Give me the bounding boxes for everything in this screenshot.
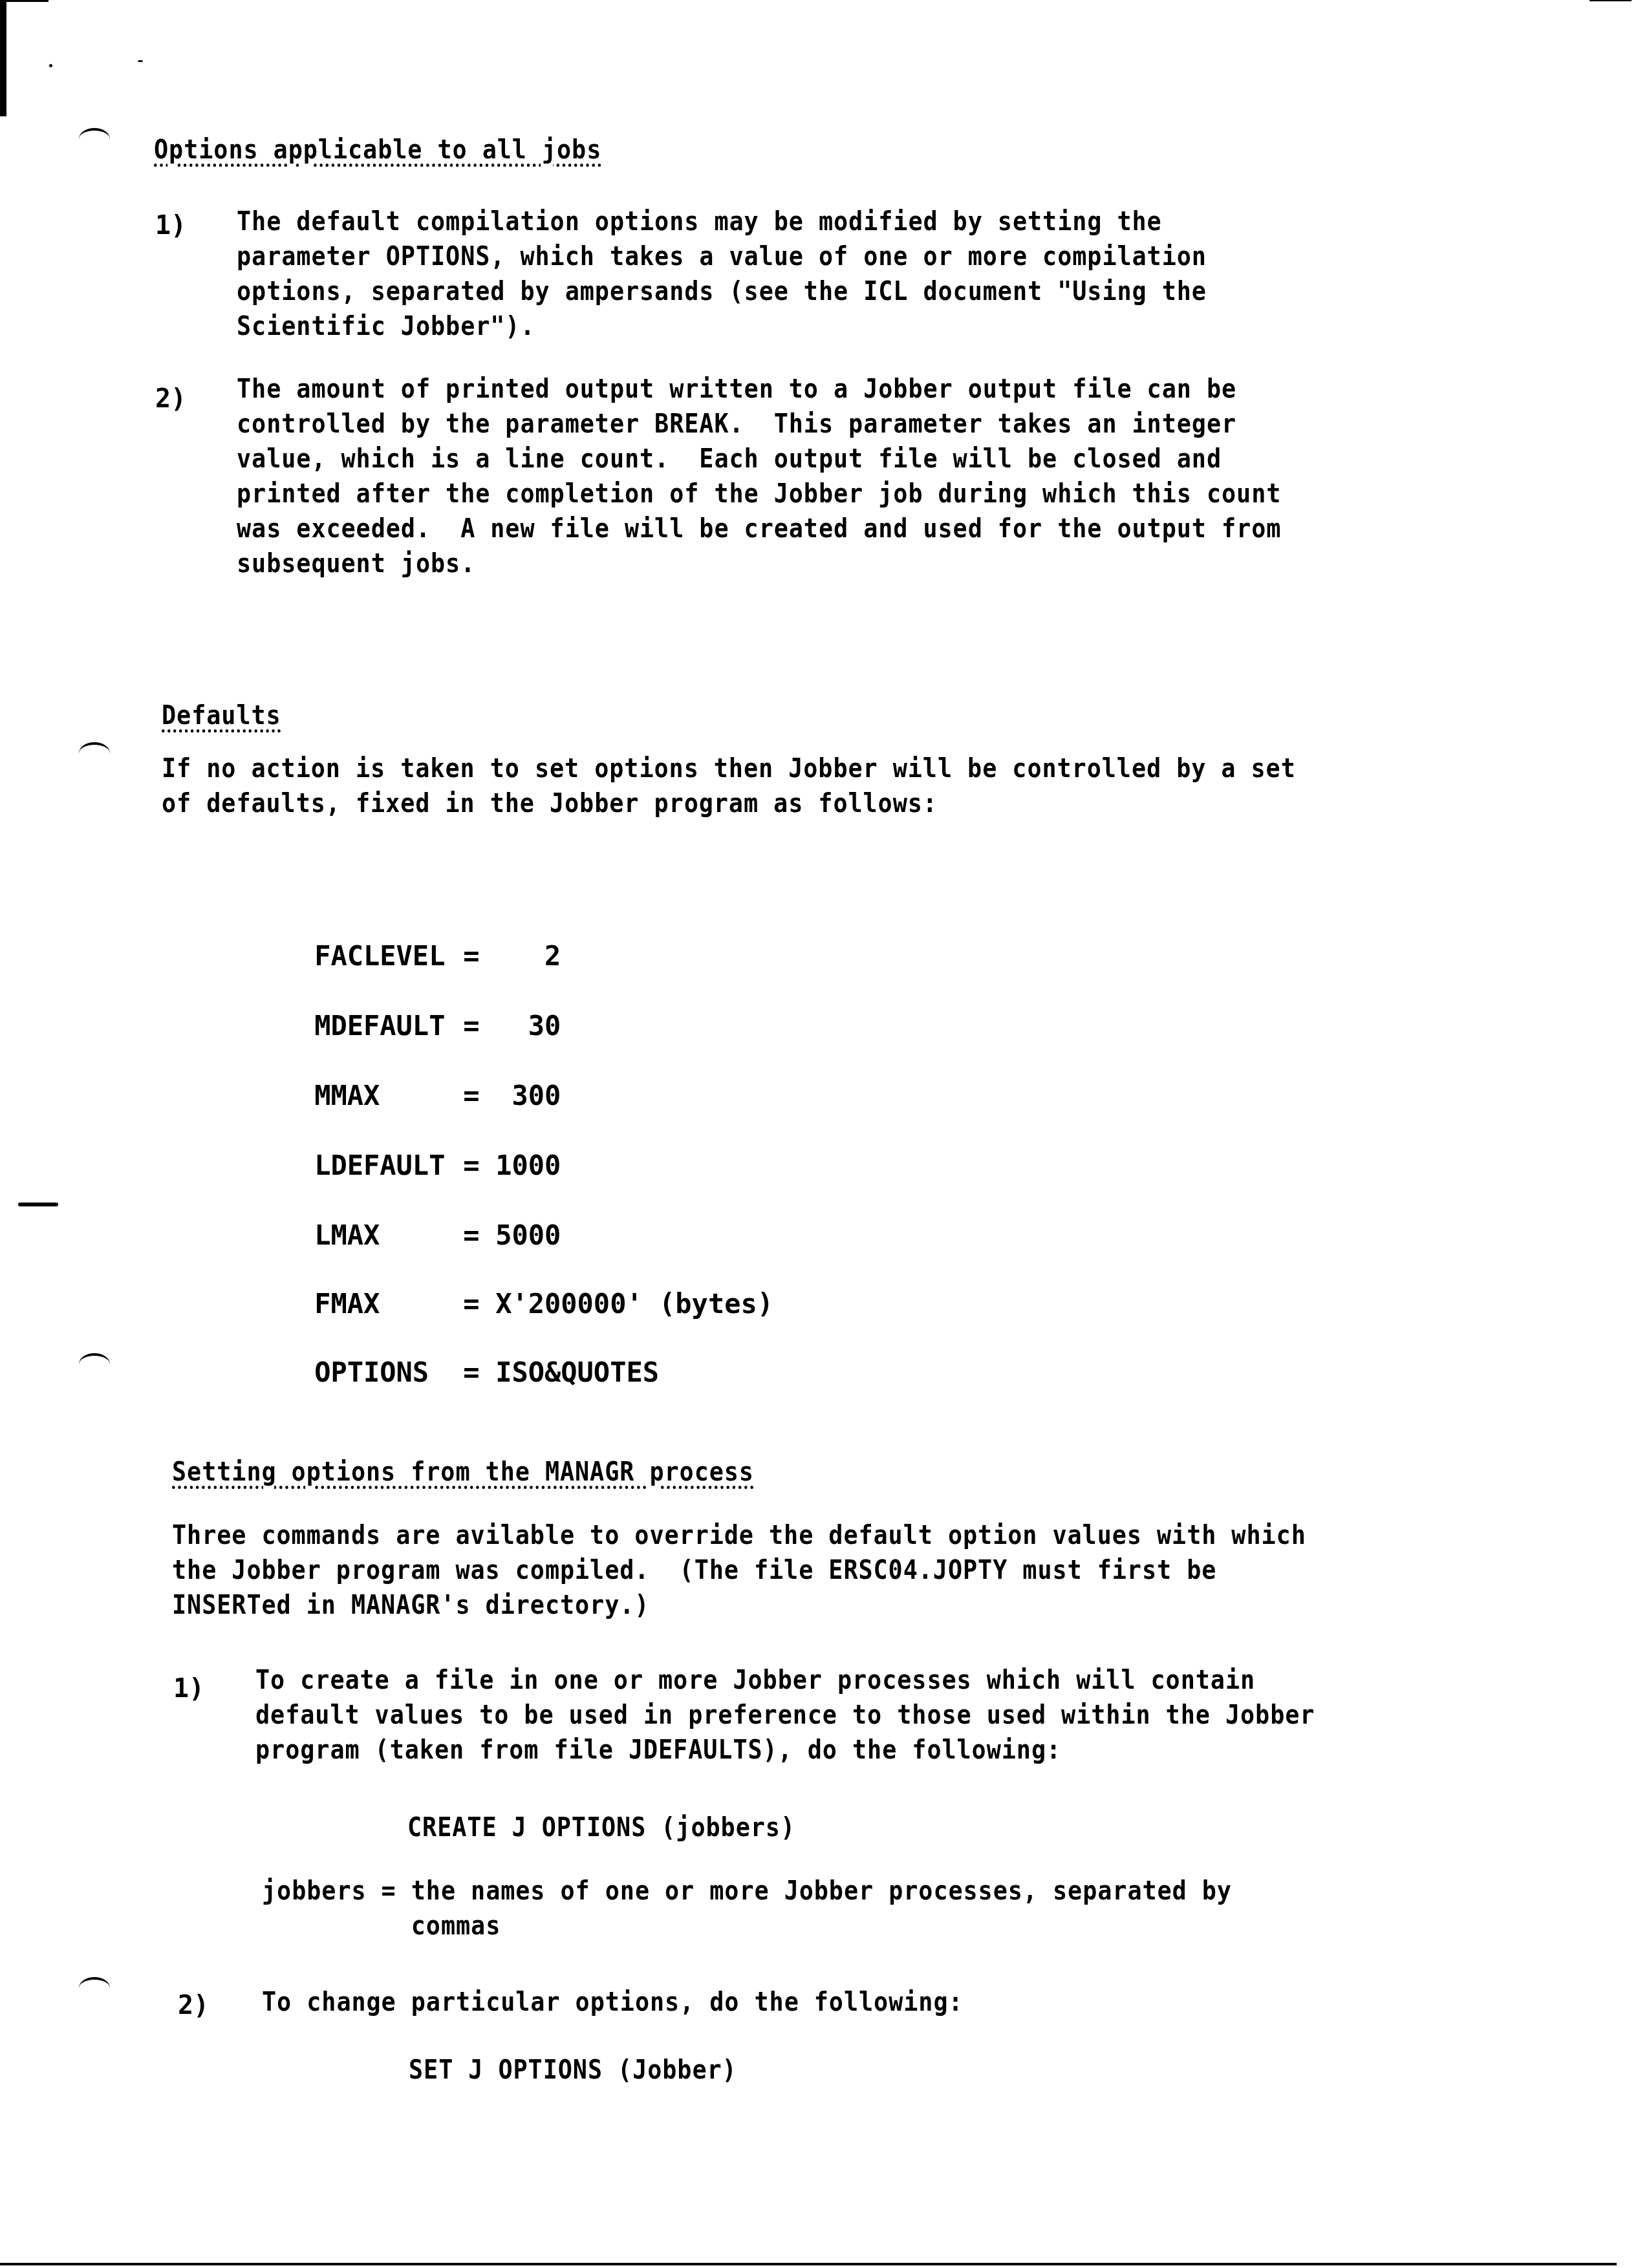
paragraph-line: Three commands are avilable to override … [172,1518,1306,1553]
note-jobbers: jobbers = the names of one or more Jobbe… [262,1874,1316,1943]
heading-options-all-jobs: Options applicable to all jobs [154,133,601,167]
paragraph-line: The amount of printed output written to … [237,372,1281,407]
item-number: 1) [173,1671,204,1706]
default-key: FACLEVEL [314,939,463,974]
default-row-options: OPTIONS=ISO&QUOTES [249,1320,659,1425]
default-key: MMAX [314,1078,463,1113]
default-equals: = [463,1218,495,1253]
paragraph-break-parameter: The amount of printed output written to … [237,372,1372,581]
command-create-j-options: CREATE J OPTIONS (jobbers) [407,1810,795,1845]
paragraph-line: printed after the completion of the Jobb… [237,476,1281,511]
default-key: OPTIONS [314,1355,463,1390]
default-value: 1000 [495,1148,561,1183]
paragraph-create-options: To create a file in one or more Jobber p… [255,1663,1407,1768]
default-equals: = [463,1009,495,1043]
default-key: FMAX [314,1287,463,1321]
paragraph-line: options, separated by ampersands (see th… [237,274,1207,309]
paragraph-line: To change particular options, do the fol… [262,1985,964,2020]
scan-edge-top-right [1590,0,1632,1]
paragraph-line: controlled by the parameter BREAK. This … [237,407,1281,442]
paragraph-line: subsequent jobs. [237,546,1281,581]
default-equals: = [463,1355,495,1390]
default-key: LDEFAULT [314,1148,463,1183]
default-value: 30 [495,1009,561,1043]
punch-hole-arc [79,1353,110,1375]
paragraph-defaults-intro: If no action is taken to set options the… [162,751,1394,821]
scan-edge-left [0,0,6,116]
document-page: Options applicable to all jobs 1) The de… [0,0,1649,2268]
paragraph-line: default values to be used in preference … [255,1698,1315,1733]
paragraph-line: Scientific Jobber"). [237,309,1207,344]
paragraph-line: INSERTed in MANAGR's directory.) [172,1588,1306,1623]
default-value: 300 [495,1078,561,1113]
punch-hole-arc [79,742,110,764]
default-equals: = [463,1148,495,1183]
paragraph-set-options: To change particular options, do the fol… [262,1985,1024,2020]
item-number: 1) [155,208,186,243]
paragraph-line: was exceeded. A new file will be created… [237,511,1281,546]
command-set-j-options: SET J OPTIONS (Jobber) [409,2053,737,2088]
item-number: 2) [178,1988,209,2023]
paragraph-compilation-options: The default compilation options may be m… [237,204,1291,344]
scan-bottom-edge [0,2263,1617,2265]
default-value: 5000 [495,1218,561,1253]
punch-hole-arc [79,128,110,150]
scan-edge-top [6,0,48,2]
default-key: MDEFAULT [314,1009,463,1043]
default-equals: = [463,1078,495,1113]
default-value: 2 [495,939,561,974]
default-value: X'200000' (bytes) [495,1287,773,1321]
note-line: commas [262,1909,1232,1943]
paragraph-line: program (taken from file JDEFAULTS), do … [255,1733,1315,1768]
default-key: LMAX [314,1218,463,1253]
default-equals: = [463,1287,495,1321]
paragraph-line: If no action is taken to set options the… [162,751,1296,786]
punch-hole-arc [79,1977,110,1999]
scan-dot [49,64,52,67]
default-equals: = [463,939,495,974]
paragraph-line: value, which is a line count. Each outpu… [237,442,1281,476]
scan-dot [138,60,143,62]
paragraph-line: The default compilation options may be m… [237,204,1207,239]
default-value: ISO&QUOTES [495,1355,659,1390]
paragraph-line: of defaults, fixed in the Jobber program… [162,786,1296,821]
heading-managr: Setting options from the MANAGR process [172,1455,754,1490]
paragraph-line: To create a file in one or more Jobber p… [255,1663,1315,1698]
scan-dash-mark [18,1203,58,1206]
heading-defaults: Defaults [162,698,281,733]
paragraph-line: the Jobber program was compiled. (The fi… [172,1553,1306,1588]
paragraph-managr-intro: Three commands are avilable to override … [172,1518,1405,1623]
item-number: 2) [155,381,186,416]
paragraph-line: parameter OPTIONS, which takes a value o… [237,239,1207,274]
note-line: jobbers = the names of one or more Jobbe… [262,1874,1232,1909]
